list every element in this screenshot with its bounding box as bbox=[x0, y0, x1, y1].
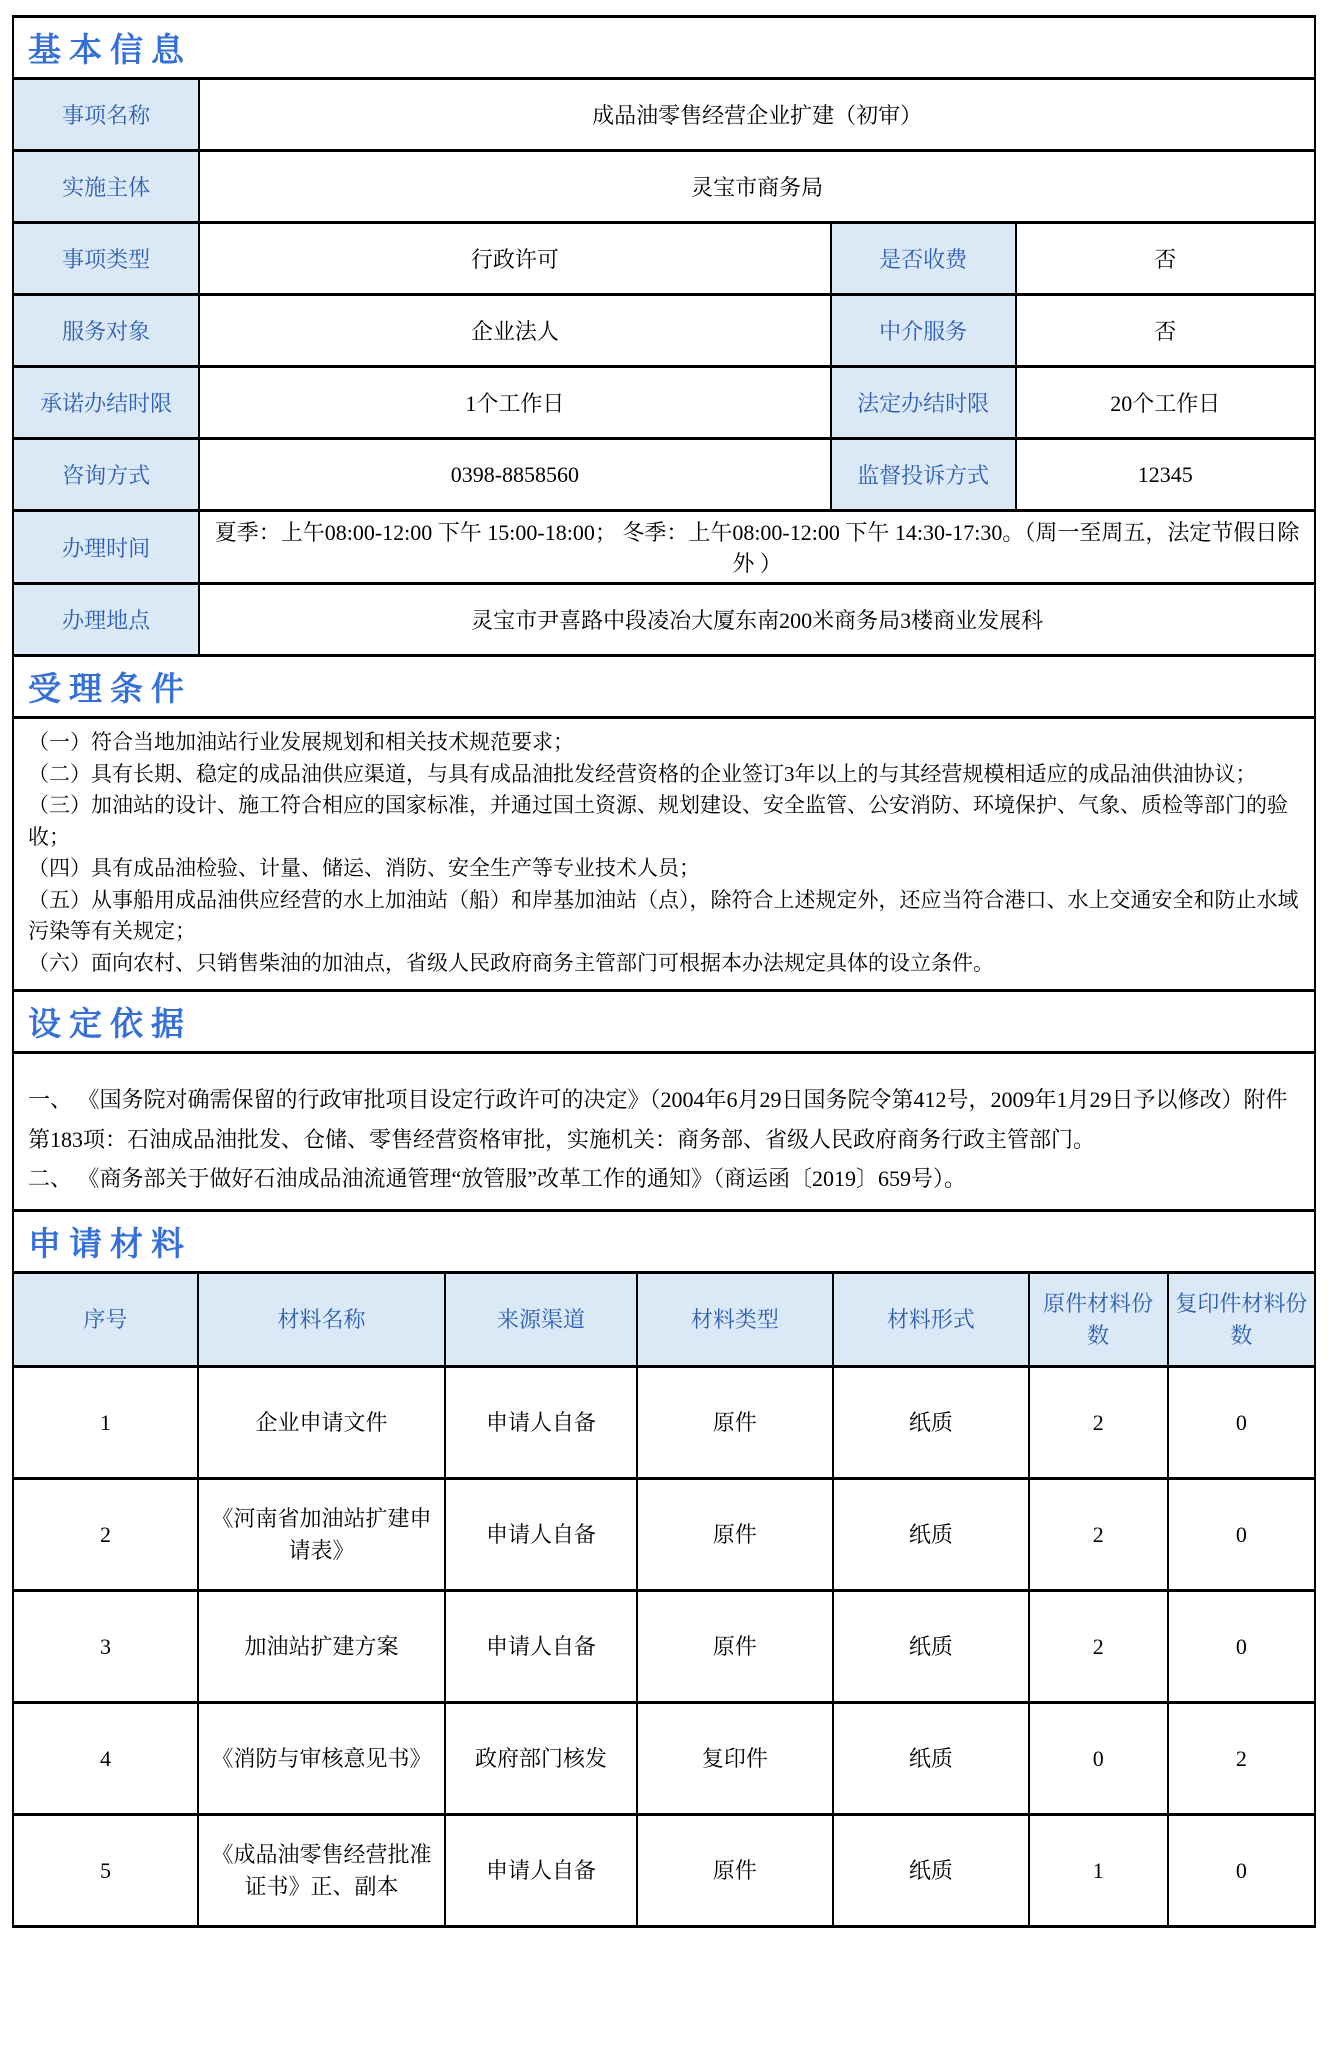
field-value-office-hours: 夏季：上午08:00-12:00 下午 15:00-18:00； 冬季：上午08… bbox=[199, 511, 1315, 584]
field-value-legal-time-limit: 20个工作日 bbox=[1016, 367, 1315, 439]
field-label-item-type: 事项类型 bbox=[13, 223, 199, 295]
field-value-intermediary-service: 否 bbox=[1016, 295, 1315, 367]
cell-source: 申请人自备 bbox=[445, 1591, 636, 1703]
condition-item-5: （五）从事船用成品油供应经营的水上加油站（船）和岸基加油站（点），除符合上述规定… bbox=[28, 885, 1300, 948]
field-value-fee-charged: 否 bbox=[1016, 223, 1315, 295]
condition-item-6: （六）面向农村、只销售柴油的加油点，省级人民政府商务主管部门可根据本办法规定具体… bbox=[28, 948, 1300, 980]
table-row: 咨询方式 0398-8858560 监督投诉方式 12345 bbox=[13, 439, 1315, 511]
acceptance-conditions-text: （一）符合当地加油站行业发展规划和相关技术规范要求； （二）具有长期、稳定的成品… bbox=[13, 718, 1315, 991]
legal-basis-table: 设定依据 一、 《国务院对确需保留的行政审批项目设定行政许可的决定》（2004年… bbox=[12, 989, 1316, 1212]
basis-item-1: 一、 《国务院对确需保留的行政审批项目设定行政许可的决定》（2004年6月29日… bbox=[28, 1080, 1300, 1159]
cell-form: 纸质 bbox=[833, 1367, 1028, 1479]
material-row-2: 2 《河南省加油站扩建申请表》 申请人自备 原件 纸质 2 0 bbox=[13, 1479, 1315, 1591]
field-value-promised-time-limit: 1个工作日 bbox=[199, 367, 830, 439]
column-header-material-form: 材料形式 bbox=[833, 1273, 1028, 1367]
materials-header-row: 序号 材料名称 来源渠道 材料类型 材料形式 原件材料份数 复印件材料份数 bbox=[13, 1273, 1315, 1367]
table-row: 办理地点 灵宝市尹喜路中段凌冶大厦东南200米商务局3楼商业发展科 bbox=[13, 584, 1315, 656]
section-title-acceptance-conditions: 受理条件 bbox=[28, 670, 192, 707]
cell-source: 政府部门核发 bbox=[445, 1703, 636, 1815]
cell-form: 纸质 bbox=[833, 1815, 1028, 1927]
field-value-item-name: 成品油零售经营企业扩建（初审） bbox=[199, 79, 1315, 151]
cell-original-count: 2 bbox=[1029, 1591, 1168, 1703]
table-row: 一、 《国务院对确需保留的行政审批项目设定行政许可的决定》（2004年6月29日… bbox=[13, 1053, 1315, 1211]
table-row: 事项类型 行政许可 是否收费 否 bbox=[13, 223, 1315, 295]
column-header-photocopy-copies: 复印件材料份数 bbox=[1168, 1273, 1315, 1367]
cell-original-count: 2 bbox=[1029, 1479, 1168, 1591]
condition-item-4: （四）具有成品油检验、计量、储运、消防、安全生产等专业技术人员； bbox=[28, 853, 1300, 885]
section-title-legal-basis: 设定依据 bbox=[28, 1005, 192, 1042]
cell-original-count: 1 bbox=[1029, 1815, 1168, 1927]
field-label-consultation-method: 咨询方式 bbox=[13, 439, 199, 511]
cell-seq: 1 bbox=[13, 1367, 198, 1479]
field-value-implementing-body: 灵宝市商务局 bbox=[199, 151, 1315, 223]
table-row: 事项名称 成品油零售经营企业扩建（初审） bbox=[13, 79, 1315, 151]
material-row-1: 1 企业申请文件 申请人自备 原件 纸质 2 0 bbox=[13, 1367, 1315, 1479]
cell-copy-count: 0 bbox=[1168, 1815, 1315, 1927]
cell-copy-count: 0 bbox=[1168, 1367, 1315, 1479]
column-header-seq-no: 序号 bbox=[13, 1273, 198, 1367]
cell-material-name: 《成品油零售经营批准证书》正、副本 bbox=[198, 1815, 445, 1927]
field-label-fee-charged: 是否收费 bbox=[831, 223, 1016, 295]
cell-form: 纸质 bbox=[833, 1591, 1028, 1703]
condition-item-3: （三）加油站的设计、施工符合相应的国家标准，并通过国土资源、规划建设、安全监管、… bbox=[28, 790, 1300, 853]
section-title-cell: 受理条件 bbox=[13, 656, 1315, 718]
cell-source: 申请人自备 bbox=[445, 1815, 636, 1927]
legal-basis-text: 一、 《国务院对确需保留的行政审批项目设定行政许可的决定》（2004年6月29日… bbox=[13, 1053, 1315, 1211]
column-header-original-copies: 原件材料份数 bbox=[1029, 1273, 1168, 1367]
basis-item-2: 二、 《商务部关于做好石油成品油流通管理“放管服”改革工作的通知》（商运函〔20… bbox=[28, 1159, 1300, 1199]
cell-seq: 5 bbox=[13, 1815, 198, 1927]
cell-type: 原件 bbox=[637, 1815, 834, 1927]
table-row: 办理时间 夏季：上午08:00-12:00 下午 15:00-18:00； 冬季… bbox=[13, 511, 1315, 584]
field-label-service-target: 服务对象 bbox=[13, 295, 199, 367]
application-materials-table: 申请材料 序号 材料名称 来源渠道 材料类型 材料形式 原件材料份数 复印件材料… bbox=[12, 1209, 1316, 1928]
material-row-5: 5 《成品油零售经营批准证书》正、副本 申请人自备 原件 纸质 1 0 bbox=[13, 1815, 1315, 1927]
cell-seq: 3 bbox=[13, 1591, 198, 1703]
cell-material-name: 加油站扩建方案 bbox=[198, 1591, 445, 1703]
material-row-4: 4 《消防与审核意见书》 政府部门核发 复印件 纸质 0 2 bbox=[13, 1703, 1315, 1815]
table-row: （一）符合当地加油站行业发展规划和相关技术规范要求； （二）具有长期、稳定的成品… bbox=[13, 718, 1315, 991]
acceptance-conditions-table: 受理条件 （一）符合当地加油站行业发展规划和相关技术规范要求； （二）具有长期、… bbox=[12, 654, 1316, 992]
cell-type: 原件 bbox=[637, 1479, 834, 1591]
section-title-application-materials: 申请材料 bbox=[28, 1225, 192, 1262]
material-row-3: 3 加油站扩建方案 申请人自备 原件 纸质 2 0 bbox=[13, 1591, 1315, 1703]
field-label-intermediary-service: 中介服务 bbox=[831, 295, 1016, 367]
cell-type: 原件 bbox=[637, 1591, 834, 1703]
cell-original-count: 2 bbox=[1029, 1367, 1168, 1479]
column-header-material-type: 材料类型 bbox=[637, 1273, 834, 1367]
section-title-cell: 申请材料 bbox=[13, 1211, 1315, 1273]
field-label-implementing-body: 实施主体 bbox=[13, 151, 199, 223]
field-label-supervision-complaint: 监督投诉方式 bbox=[831, 439, 1016, 511]
cell-type: 原件 bbox=[637, 1367, 834, 1479]
field-label-legal-time-limit: 法定办结时限 bbox=[831, 367, 1016, 439]
table-row: 实施主体 灵宝市商务局 bbox=[13, 151, 1315, 223]
cell-source: 申请人自备 bbox=[445, 1367, 636, 1479]
section-title-cell: 设定依据 bbox=[13, 991, 1315, 1053]
cell-seq: 4 bbox=[13, 1703, 198, 1815]
field-value-item-type: 行政许可 bbox=[199, 223, 830, 295]
section-title-basic-info: 基本信息 bbox=[28, 31, 192, 68]
field-label-office-hours: 办理时间 bbox=[13, 511, 199, 584]
table-row: 承诺办结时限 1个工作日 法定办结时限 20个工作日 bbox=[13, 367, 1315, 439]
cell-form: 纸质 bbox=[833, 1703, 1028, 1815]
condition-item-1: （一）符合当地加油站行业发展规划和相关技术规范要求； bbox=[28, 727, 1300, 759]
cell-copy-count: 0 bbox=[1168, 1479, 1315, 1591]
cell-material-name: 《消防与审核意见书》 bbox=[198, 1703, 445, 1815]
service-info-page: 基本信息 事项名称 成品油零售经营企业扩建（初审） 实施主体 灵宝市商务局 事项… bbox=[0, 0, 1328, 1946]
cell-type: 复印件 bbox=[637, 1703, 834, 1815]
cell-copy-count: 0 bbox=[1168, 1591, 1315, 1703]
cell-source: 申请人自备 bbox=[445, 1479, 636, 1591]
column-header-source-channel: 来源渠道 bbox=[445, 1273, 636, 1367]
field-value-supervision-hotline: 12345 bbox=[1016, 439, 1315, 511]
field-value-office-location: 灵宝市尹喜路中段凌冶大厦东南200米商务局3楼商业发展科 bbox=[199, 584, 1315, 656]
table-row: 服务对象 企业法人 中介服务 否 bbox=[13, 295, 1315, 367]
cell-seq: 2 bbox=[13, 1479, 198, 1591]
cell-copy-count: 2 bbox=[1168, 1703, 1315, 1815]
field-value-consultation-phone: 0398-8858560 bbox=[199, 439, 830, 511]
cell-original-count: 0 bbox=[1029, 1703, 1168, 1815]
field-label-office-location: 办理地点 bbox=[13, 584, 199, 656]
condition-item-2: （二）具有长期、稳定的成品油供应渠道，与具有成品油批发经营资格的企业签订3年以上… bbox=[28, 759, 1300, 791]
section-header-row: 受理条件 bbox=[13, 656, 1315, 718]
section-header-row: 申请材料 bbox=[13, 1211, 1315, 1273]
section-header-row: 基本信息 bbox=[13, 17, 1315, 79]
cell-material-name: 企业申请文件 bbox=[198, 1367, 445, 1479]
basic-info-table: 基本信息 事项名称 成品油零售经营企业扩建（初审） 实施主体 灵宝市商务局 事项… bbox=[12, 15, 1316, 657]
column-header-material-name: 材料名称 bbox=[198, 1273, 445, 1367]
section-title-cell: 基本信息 bbox=[13, 17, 1315, 79]
field-label-item-name: 事项名称 bbox=[13, 79, 199, 151]
field-label-promised-time-limit: 承诺办结时限 bbox=[13, 367, 199, 439]
cell-material-name: 《河南省加油站扩建申请表》 bbox=[198, 1479, 445, 1591]
section-header-row: 设定依据 bbox=[13, 991, 1315, 1053]
cell-form: 纸质 bbox=[833, 1479, 1028, 1591]
field-value-service-target: 企业法人 bbox=[199, 295, 830, 367]
